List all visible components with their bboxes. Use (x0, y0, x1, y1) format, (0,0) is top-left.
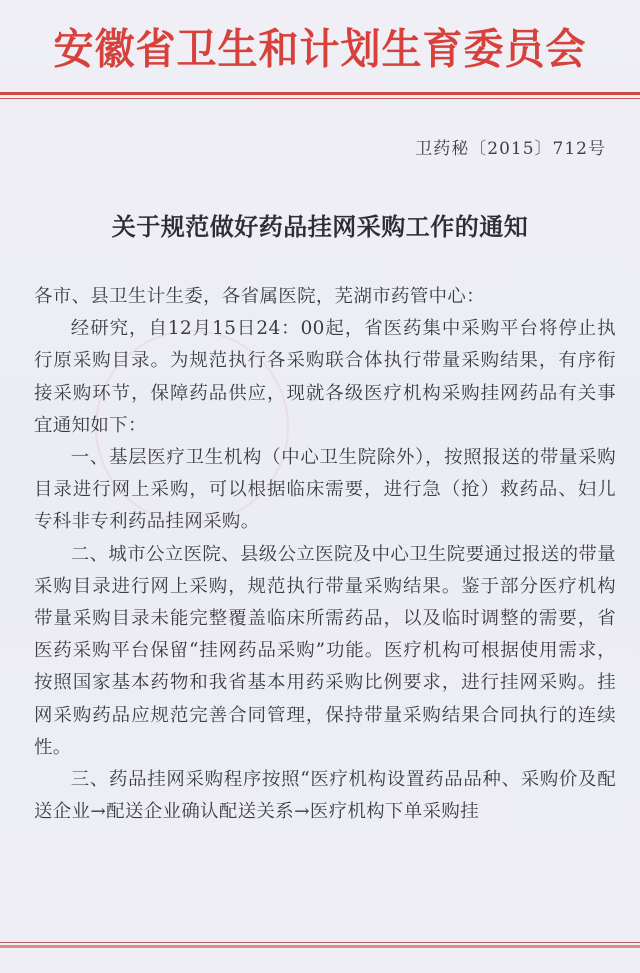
paragraph-item-2: 二、城市公立医院、县级公立医院及中心卫生院要通过报送的带量采购目录进行网上采购，… (34, 539, 616, 764)
document-page: 安徽省卫生和计划生育委员会 卫药秘〔2015〕712号 关于规范做好药品挂网采购… (0, 0, 640, 973)
footer-red-rule (0, 945, 640, 948)
salutation: 各市、县卫生计生委，各省属医院，芜湖市药管中心： (34, 281, 616, 313)
paragraph-item-1: 一、基层医疗卫生机构（中心卫生院除外），按照报送的带量采购目录进行网上采购，可以… (34, 442, 616, 539)
document-number: 卫药秘〔2015〕712号 (415, 134, 606, 159)
document-title: 关于规范做好药品挂网采购工作的通知 (0, 207, 640, 242)
masthead-red-rule-thin (0, 98, 640, 99)
paragraph-intro: 经研究，自12月15日24：00起，省医药集中采购平台将停止执行原采购目录。为规… (34, 313, 616, 442)
footer-rule-thin (0, 942, 640, 943)
masthead-red-rule (0, 92, 640, 95)
issuer-masthead: 安徽省卫生和计划生育委员会 (0, 19, 640, 82)
paragraph-item-3: 三、药品挂网采购程序按照“医疗机构设置药品品种、采购价及配送企业→配送企业确认配… (34, 764, 616, 828)
document-body: 各市、县卫生计生委，各省属医院，芜湖市药管中心： 经研究，自12月15日24：0… (34, 281, 616, 828)
